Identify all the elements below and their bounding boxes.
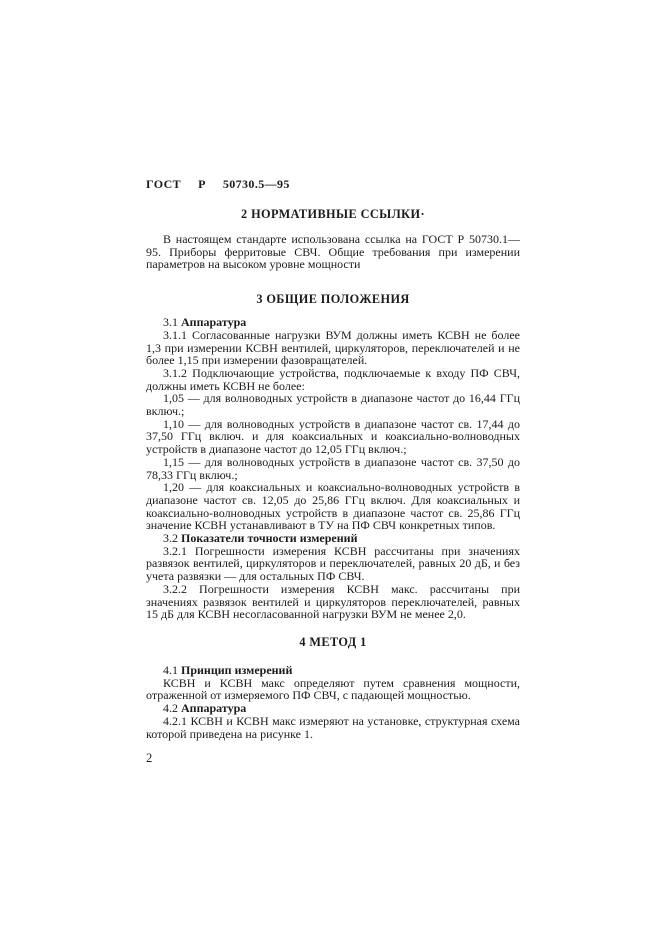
list-item-1-20: 1,20 — для коаксиальных и коаксиально-во… bbox=[146, 481, 520, 532]
clause-4-2: 4.2 Аппаратура bbox=[146, 702, 520, 715]
list-item-1-10: 1,10 — для волноводных устройств в диапа… bbox=[146, 418, 520, 456]
clause-number: 3.1 bbox=[163, 315, 178, 329]
clause-title: Показатели точности измерений bbox=[181, 531, 358, 545]
section-heading-general-provisions: 3 ОБЩИЕ ПОЛОЖЕНИЯ bbox=[146, 292, 520, 307]
paragraph-measurement-principle: КСВН и КСВН макс определяют путем сравне… bbox=[146, 677, 520, 702]
clause-number: 4.2 bbox=[163, 701, 178, 715]
text-column: ГОСТ Р 50730.5—95 2 НОРМАТИВНЫЕ ССЫЛКИ· … bbox=[146, 177, 520, 766]
paragraph-normative-references: В настоящем стандарте использована ссылк… bbox=[146, 233, 520, 271]
page-number: 2 bbox=[146, 751, 520, 766]
doc-code-r: Р bbox=[198, 177, 206, 192]
clause-number: 4.1 bbox=[163, 663, 178, 677]
clause-3-2: 3.2 Показатели точности измерений bbox=[146, 532, 520, 545]
clause-3-1: 3.1 Аппаратура bbox=[146, 316, 520, 329]
clause-title: Аппаратура bbox=[181, 315, 246, 329]
clause-number: 3.2 bbox=[163, 531, 178, 545]
section-heading-method-1: 4 МЕТОД 1 bbox=[146, 635, 520, 650]
clause-3-2-2: 3.2.2 Погрешности измерения КСВН макс. р… bbox=[146, 583, 520, 621]
clause-3-2-1: 3.2.1 Погрешности измерения КСВН рассчит… bbox=[146, 545, 520, 583]
clause-3-1-2: 3.1.2 Подключающие устройства, подключае… bbox=[146, 367, 520, 392]
clause-4-2-1: 4.2.1 КСВН и КСВН макс измеряют на устан… bbox=[146, 715, 520, 740]
clause-title: Принцип измерений bbox=[181, 663, 292, 677]
list-item-1-05: 1,05 — для волноводных устройств в диапа… bbox=[146, 392, 520, 417]
section-heading-normative-references: 2 НОРМАТИВНЫЕ ССЫЛКИ· bbox=[146, 207, 520, 222]
doc-code-gost: ГОСТ bbox=[146, 177, 181, 192]
document-header: ГОСТ Р 50730.5—95 bbox=[146, 177, 520, 192]
doc-code-number: 50730.5—95 bbox=[223, 177, 290, 192]
list-item-1-15: 1,15 — для волноводных устройств в диапа… bbox=[146, 456, 520, 481]
document-page: ГОСТ Р 50730.5—95 2 НОРМАТИВНЫЕ ССЫЛКИ· … bbox=[0, 0, 661, 935]
clause-4-1: 4.1 Принцип измерений bbox=[146, 664, 520, 677]
clause-title: Аппаратура bbox=[181, 701, 246, 715]
clause-3-1-1: 3.1.1 Согласованные нагрузки ВУМ должны … bbox=[146, 329, 520, 367]
